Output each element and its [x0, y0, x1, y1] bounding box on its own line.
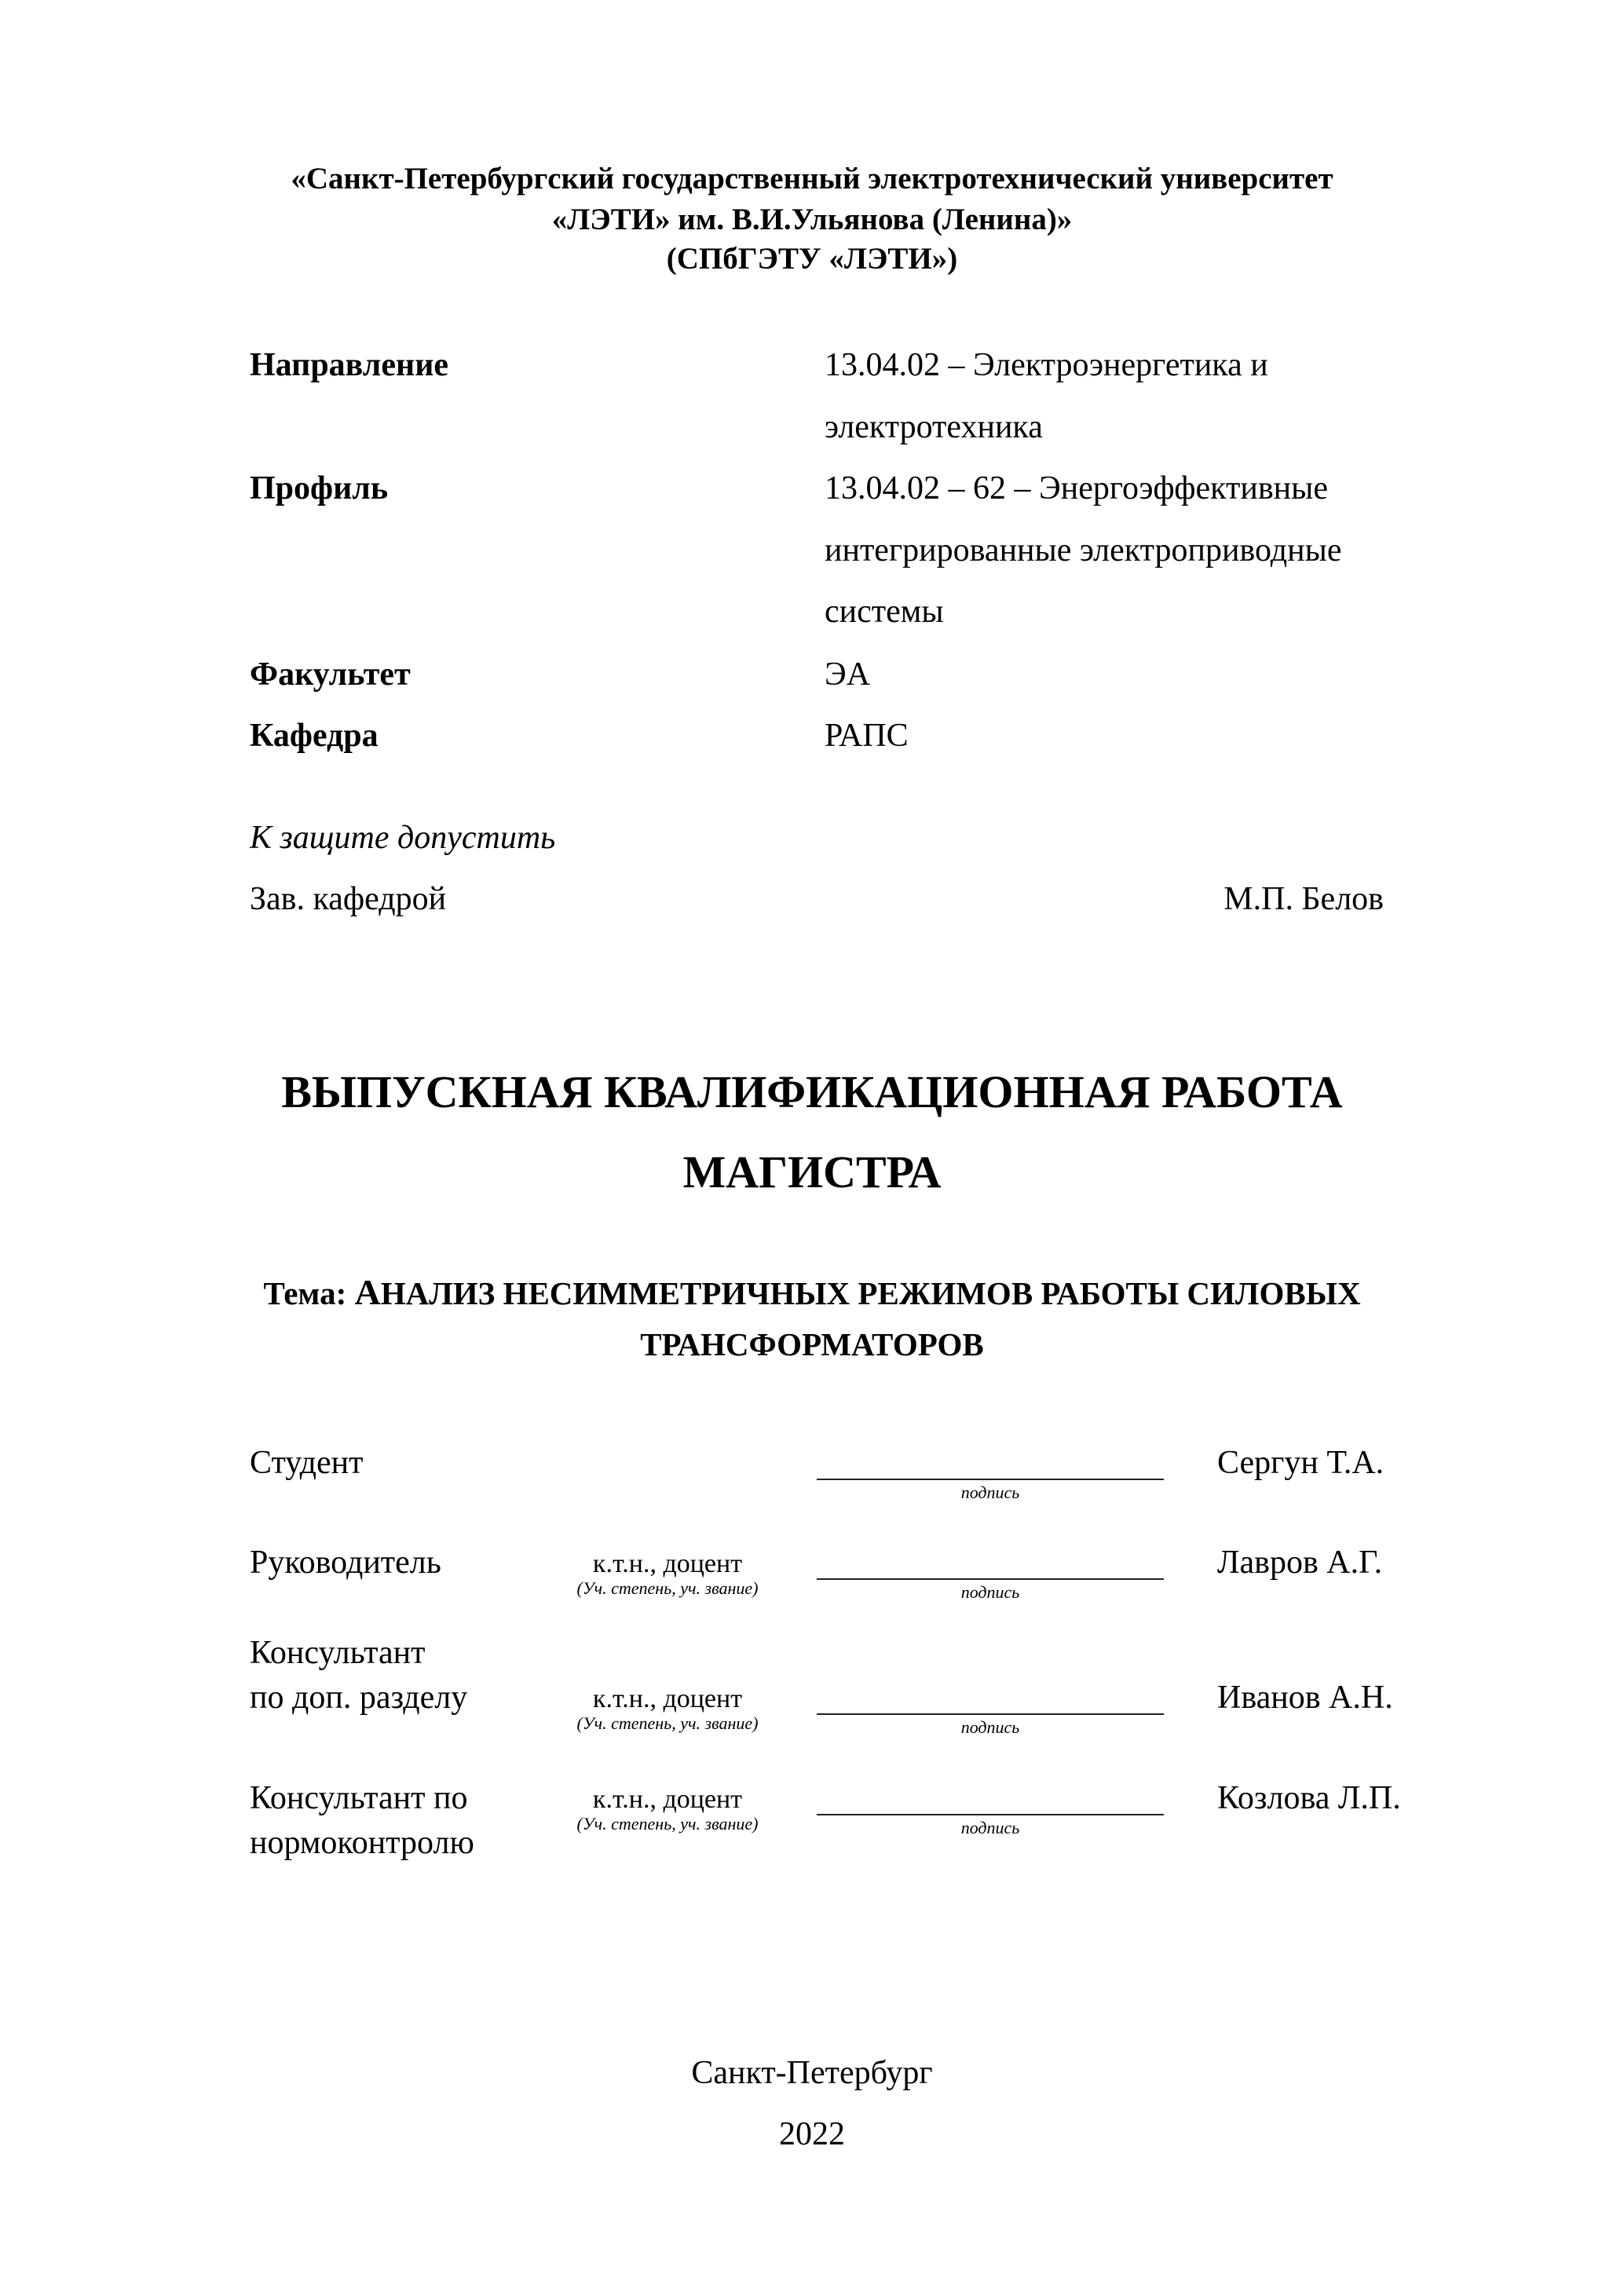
signature-line-supervisor [817, 1578, 1164, 1580]
degree-hint: (Уч. степень, уч. звание) [542, 1814, 793, 1834]
degree-hint: (Уч. степень, уч. звание) [542, 1578, 793, 1599]
signature-hint: подпись [817, 1483, 1164, 1503]
university-abbreviation: (СПбГЭТУ «ЛЭТИ») [0, 240, 1624, 278]
theme-line1: Тема: АНАЛИЗ НЕСИММЕТРИЧНЫХ РЕЖИМОВ РАБО… [0, 1272, 1624, 1314]
theme-line2: ТРАНСФОРМАТОРОВ [0, 1324, 1624, 1365]
degree-supervisor: к.т.н., доцент [542, 1548, 793, 1580]
department-label: Кафедра [250, 716, 379, 755]
profile-value-line3: системы [825, 592, 944, 631]
signature-line-consultant [817, 1713, 1164, 1715]
degree-hint: (Уч. степень, уч. звание) [542, 1713, 793, 1734]
signature-hint: подпись [817, 1582, 1164, 1603]
signature-role-normcontrol-line1: Консультант по [250, 1779, 467, 1818]
degree-normcontrol: к.т.н., доцент [542, 1784, 793, 1815]
direction-value-line2: электротехника [825, 408, 1043, 447]
footer-year: 2022 [0, 2115, 1624, 2154]
signature-hint: подпись [817, 1717, 1164, 1738]
faculty-label: Факультет [250, 655, 411, 694]
profile-value-line1: 13.04.02 – 62 – Энергоэффективные [825, 469, 1328, 508]
signature-role-supervisor: Руководитель [250, 1543, 441, 1582]
document-title-line2: МАГИСТРА [0, 1145, 1624, 1200]
document-title-line1: ВЫПУСКНАЯ КВАЛИФИКАЦИОННАЯ РАБОТА [0, 1065, 1624, 1120]
signature-line-student [817, 1479, 1164, 1480]
theme-prefix: Тема: [263, 1275, 346, 1311]
signature-name-normcontrol: Козлова Л.П. [1217, 1779, 1401, 1818]
signature-name-consultant: Иванов А.Н. [1217, 1678, 1393, 1717]
footer-city: Санкт-Петербург [0, 2053, 1624, 2093]
approval-note: К защите допустить [250, 818, 555, 857]
signature-role-consultant-line1: Консультант [250, 1633, 426, 1673]
signature-name-student: Сергун Т.А. [1217, 1443, 1384, 1483]
approval-name: М.П. Белов [1223, 879, 1384, 919]
signature-role-normcontrol-line2: нормоконтролю [250, 1823, 474, 1863]
direction-label: Направление [250, 345, 448, 385]
profile-label: Профиль [250, 469, 388, 508]
signature-role-student: Студент [250, 1443, 363, 1483]
signature-name-supervisor: Лавров А.Г. [1217, 1543, 1382, 1582]
faculty-value: ЭА [825, 655, 870, 694]
profile-value-line2: интегрированные электроприводные [825, 531, 1341, 570]
degree-consultant: к.т.н., доцент [542, 1684, 793, 1715]
signature-hint: подпись [817, 1818, 1164, 1838]
signature-line-normcontrol [817, 1814, 1164, 1815]
signature-role-consultant-line2: по доп. разделу [250, 1678, 467, 1717]
department-value: РАПС [825, 716, 909, 755]
direction-value-line1: 13.04.02 – Электроэнергетика и [825, 345, 1268, 385]
university-name-line1: «Санкт-Петербургский государственный эле… [0, 160, 1624, 198]
university-name-line2: «ЛЭТИ» им. В.И.Ульянова (Ленина)» [0, 201, 1624, 239]
approval-role: Зав. кафедрой [250, 879, 446, 919]
theme-text: НАЛИЗ НЕСИММЕТРИЧНЫХ РЕЖИМОВ РАБОТЫ СИЛО… [381, 1275, 1361, 1311]
theme-initial-capital: А [354, 1272, 380, 1312]
